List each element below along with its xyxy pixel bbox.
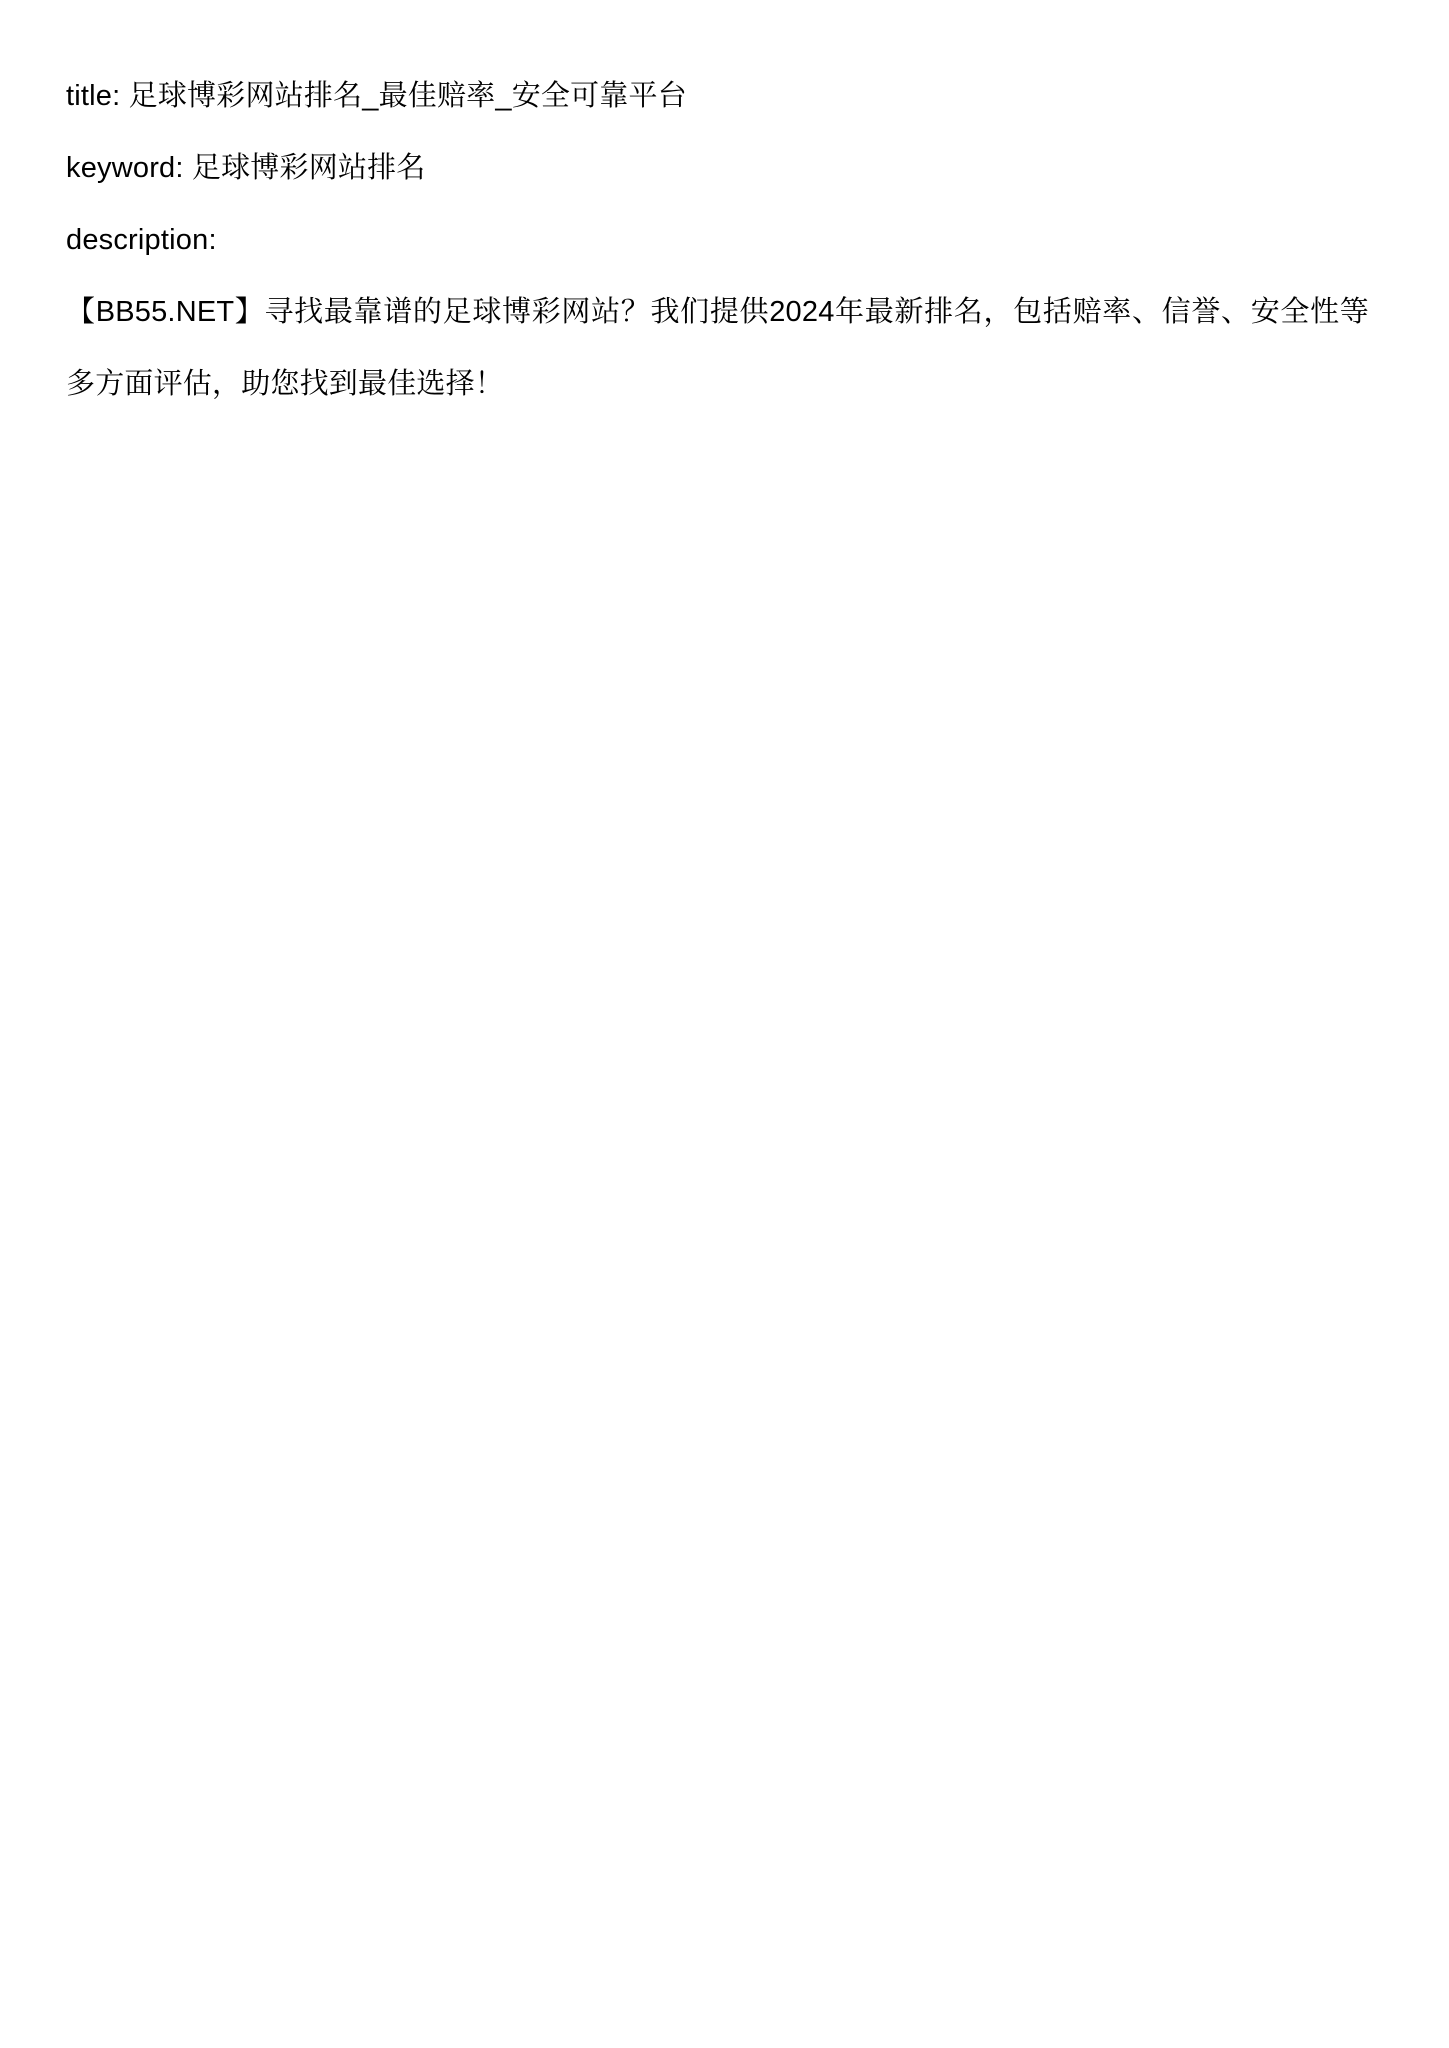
meta-description-text: 【BB55.NET】寻找最靠谱的足球博彩网站？我们提供2024年最新排名，包括赔… — [66, 276, 1369, 420]
document-page: title: 足球博彩网站排名_最佳赔率_安全可靠平台 keyword: 足球博… — [0, 0, 1449, 2048]
meta-title-line: title: 足球博彩网站排名_最佳赔率_安全可靠平台 — [66, 60, 1369, 132]
meta-keyword-line: keyword: 足球博彩网站排名 — [66, 132, 1369, 204]
meta-description-label: description: — [66, 204, 1369, 276]
